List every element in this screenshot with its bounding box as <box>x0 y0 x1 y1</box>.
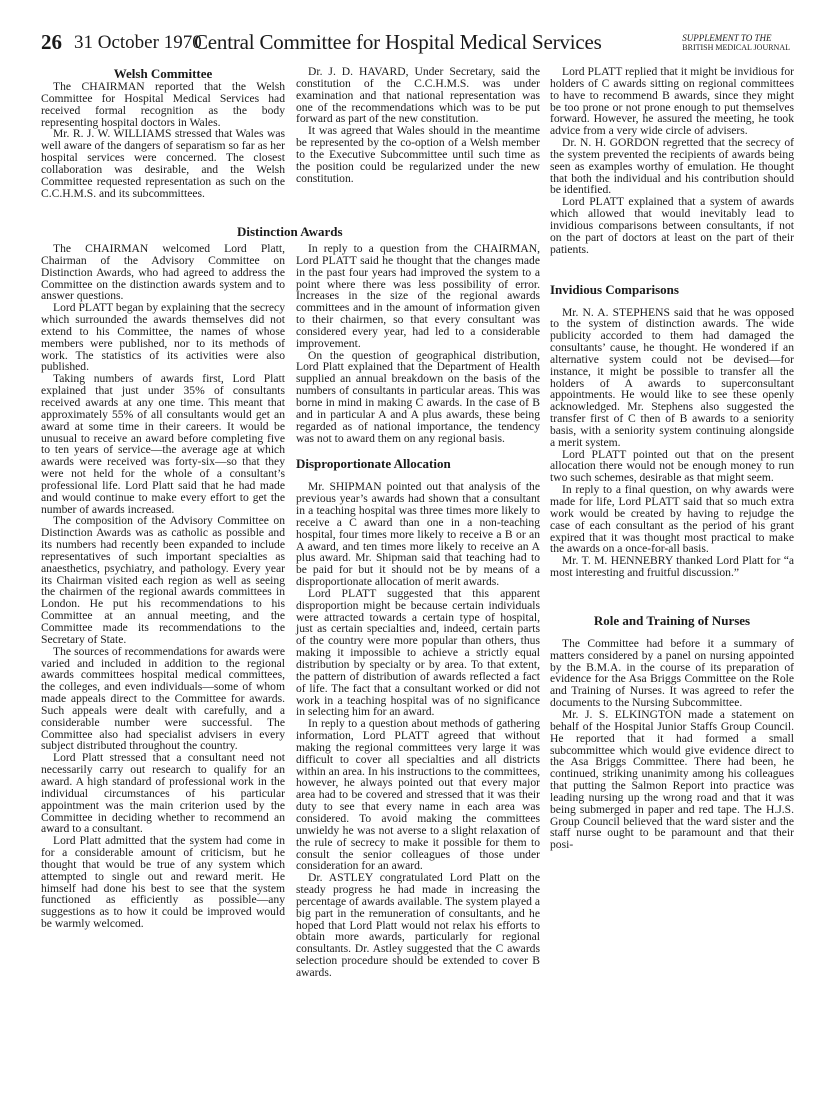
paragraph: The CHAIRMAN welcomed Lord Platt, Chairm… <box>41 243 285 302</box>
welsh-committee-col2: Dr. J. D. HAVARD, Under Secretary, said … <box>296 66 540 184</box>
heading-welsh-committee: Welsh Committee <box>41 66 285 81</box>
welsh-committee-col1: Welsh Committee The CHAIRMAN reported th… <box>41 66 285 199</box>
paragraph: Lord PLATT began by explaining that the … <box>41 302 285 373</box>
paragraph: In reply to a question about methods of … <box>296 718 540 872</box>
heading-distinction-awards: Distinction Awards <box>237 224 343 239</box>
paragraph: On the question of geographical distribu… <box>296 350 540 445</box>
page-number: 26 <box>41 30 62 55</box>
paragraph: Mr. R. J. W. WILLIAMS stressed that Wale… <box>41 128 285 199</box>
paragraph: In reply to a final question, on why awa… <box>550 484 794 555</box>
paragraph: The Committee had before it a summary of… <box>550 638 794 709</box>
paragraph: Mr. N. A. STEPHENS said that he was oppo… <box>550 307 794 449</box>
heading-invidious-comparisons: Invidious Comparisons <box>550 282 794 297</box>
paragraph: Lord PLATT suggested that this apparent … <box>296 588 540 718</box>
heading-disproportionate-allocation: Disproportionate Allocation <box>296 456 540 471</box>
paragraph: Mr. T. M. HENNEBRY thanked Lord Platt fo… <box>550 555 794 579</box>
distinction-col1: The CHAIRMAN welcomed Lord Platt, Chairm… <box>41 243 285 930</box>
distinction-col2: In reply to a question from the CHAIRMAN… <box>296 243 540 979</box>
paragraph: Dr. N. H. GORDON regretted that the secr… <box>550 137 794 196</box>
supplement-line-2: BRITISH MEDICAL JOURNAL <box>682 43 790 52</box>
paragraph: The CHAIRMAN reported that the Welsh Com… <box>41 81 285 128</box>
running-header: 26 31 October 1970 Central Committee for… <box>41 28 796 58</box>
journal-supplement-label: SUPPLEMENT TO THE BRITISH MEDICAL JOURNA… <box>682 34 790 52</box>
paragraph: Taking numbers of awards first, Lord Pla… <box>41 373 285 515</box>
paragraph: Lord PLATT explained that a system of aw… <box>550 196 794 255</box>
paragraph: Dr. ASTLEY congratulated Lord Platt on t… <box>296 872 540 979</box>
paragraph: Lord PLATT pointed out that on the prese… <box>550 449 794 485</box>
supplement-line-1: SUPPLEMENT TO THE <box>682 34 790 43</box>
section-title: Central Committee for Hospital Medical S… <box>194 30 602 55</box>
paragraph: The composition of the Advisory Committe… <box>41 515 285 645</box>
paragraph: Mr. J. S. ELKINGTON made a statement on … <box>550 709 794 851</box>
paragraph: Lord Platt stressed that a consultant ne… <box>41 752 285 835</box>
paragraph: Lord PLATT replied that it might be invi… <box>550 66 794 137</box>
paragraph: In reply to a question from the CHAIRMAN… <box>296 243 540 350</box>
paragraph: Dr. J. D. HAVARD, Under Secretary, said … <box>296 66 540 125</box>
issue-date: 31 October 1970 <box>74 32 202 54</box>
paragraph: It was agreed that Wales should in the m… <box>296 125 540 184</box>
column-3: Lord PLATT replied that it might be invi… <box>550 66 794 851</box>
paragraph: The sources of recommendations for award… <box>41 646 285 753</box>
heading-role-training-nurses: Role and Training of Nurses <box>550 613 794 628</box>
paragraph: Mr. SHIPMAN pointed out that analysis of… <box>296 481 540 588</box>
paragraph: Lord Platt admitted that the system had … <box>41 835 285 930</box>
